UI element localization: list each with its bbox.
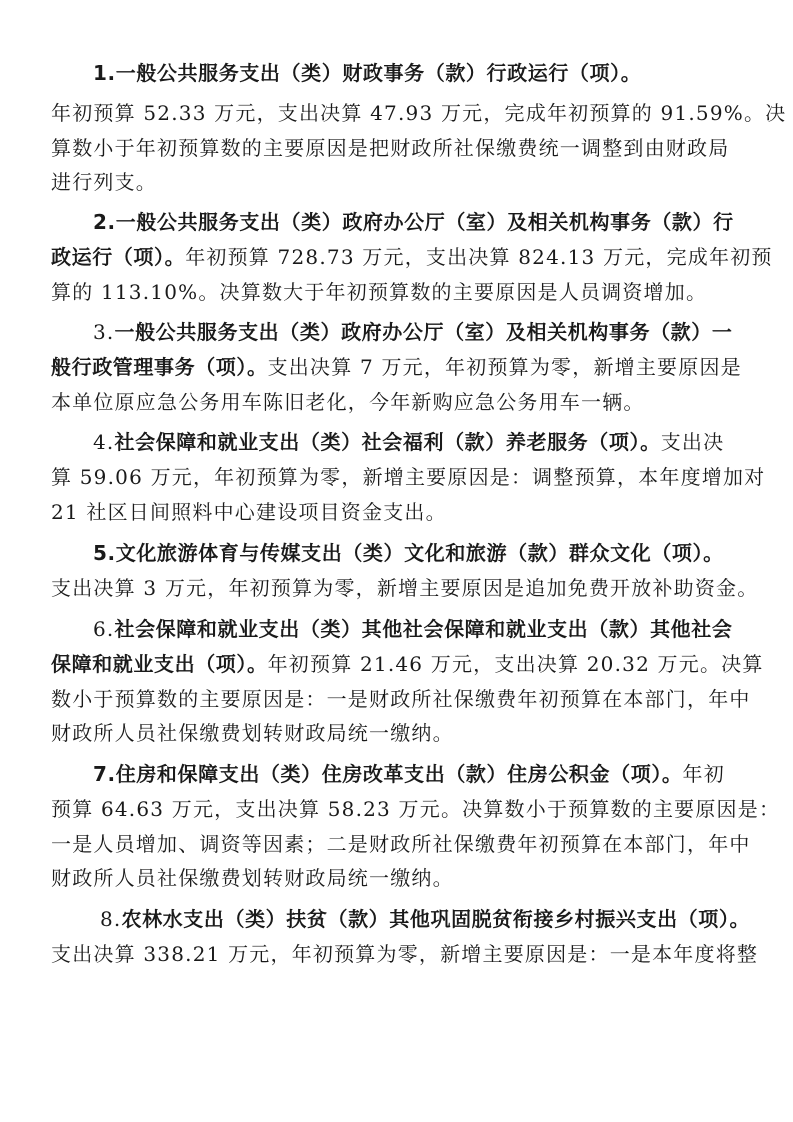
- paragraph-8-heading: 农林水支出（类）扶贫（款）其他巩固脱贫衔接乡村振兴支出（项）。: [121, 907, 750, 931]
- paragraph-5-line-2: 支出决算 3 万元，年初预算为零，新增主要原因是追加免费开放补助资金。: [51, 576, 758, 600]
- paragraph-7-text: 财政所人员社保缴费划转财政局统一缴纳。: [51, 866, 454, 890]
- paragraph-4-line-2: 算 59.06 万元，年初预算为零，新增主要原因是：调整预算，本年度增加对: [51, 465, 765, 489]
- paragraph-3-text: 支出决算 7 万元，年初预算为零，新增主要原因是: [268, 355, 742, 379]
- paragraph-2-text: 年初预算 728.73 万元，支出决算 824.13 万元，完成年初预: [185, 245, 772, 269]
- paragraph-1-line-4: 进行列支。: [51, 170, 157, 194]
- paragraph-2-line-2: 政运行（项）。年初预算 728.73 万元，支出决算 824.13 万元，完成年…: [51, 245, 773, 269]
- paragraph-4-heading: 社会保障和就业支出（类）社会福利（款）养老服务（项）。: [114, 430, 660, 454]
- paragraph-6-text: 财政所人员社保缴费划转财政局统一缴纳。: [51, 721, 454, 745]
- paragraph-4-number: 4.: [93, 430, 114, 454]
- paragraph-2-line-1: 2.一般公共服务支出（类）政府办公厅（室）及相关机构事务（款）行: [93, 210, 734, 234]
- paragraph-3-number: 3.: [93, 320, 114, 344]
- paragraph-4-text: 支出决: [661, 430, 725, 454]
- paragraph-7-line-1: 7.住房和保障支出（类）住房改革支出（款）住房公积金（项）。年初: [93, 762, 725, 786]
- paragraph-4-text: 21 社区日间照料中心建设项目资金支出。: [51, 500, 447, 524]
- paragraph-6-text: 年初预算 21.46 万元，支出决算 20.32 万元。决算: [268, 652, 764, 676]
- paragraph-6-heading: 社会保障和就业支出（类）其他社会保障和就业支出（款）其他社会: [114, 617, 732, 641]
- paragraph-2-heading: 2.一般公共服务支出（类）政府办公厅（室）及相关机构事务（款）行: [93, 210, 734, 234]
- paragraph-2-line-3: 算的 113.10%。决算数大于年初预算数的主要原因是人员调资增加。: [51, 280, 707, 304]
- paragraph-2-heading-cont: 政运行（项）。: [51, 245, 185, 269]
- paragraph-1-text: 算数小于年初预算数的主要原因是把财政所社保缴费统一调整到由财政局: [51, 136, 729, 160]
- paragraph-3-line-1: 3.一般公共服务支出（类）政府办公厅（室）及相关机构事务（款）一: [93, 320, 732, 344]
- paragraph-7-line-4: 财政所人员社保缴费划转财政局统一缴纳。: [51, 866, 454, 890]
- paragraph-1-heading-line: 1.一般公共服务支出（类）财政事务（款）行政运行（项）。: [93, 61, 641, 85]
- paragraph-6-line-1: 6.社会保障和就业支出（类）其他社会保障和就业支出（款）其他社会: [93, 617, 732, 641]
- paragraph-1-heading: 1.一般公共服务支出（类）财政事务（款）行政运行（项）。: [93, 61, 641, 85]
- paragraph-1-text: 年初预算 52.33 万元，支出决算 47.93 万元，完成年初预算的 91.5…: [51, 101, 786, 125]
- paragraph-8-text: 支出决算 338.21 万元，年初预算为零，新增主要原因是：一是本年度将整: [51, 942, 758, 966]
- paragraph-1-text: 进行列支。: [51, 170, 157, 194]
- paragraph-4-text: 算 59.06 万元，年初预算为零，新增主要原因是：调整预算，本年度增加对: [51, 465, 765, 489]
- paragraph-1-line-3: 算数小于年初预算数的主要原因是把财政所社保缴费统一调整到由财政局: [51, 136, 729, 160]
- paragraph-8-number: 8.: [100, 907, 121, 931]
- paragraph-5-heading: 5.文化旅游体育与传媒支出（类）文化和旅游（款）群众文化（项）。: [93, 541, 724, 565]
- paragraph-1-line-2: 年初预算 52.33 万元，支出决算 47.93 万元，完成年初预算的 91.5…: [51, 101, 786, 125]
- paragraph-3-text: 本单位原应急公务用车陈旧老化，今年新购应急公务用车一辆。: [51, 390, 645, 414]
- paragraph-8-line-2: 支出决算 338.21 万元，年初预算为零，新增主要原因是：一是本年度将整: [51, 942, 758, 966]
- paragraph-6-heading-cont: 保障和就业支出（项）。: [51, 652, 268, 676]
- paragraph-3-line-2: 般行政管理事务（项）。支出决算 7 万元，年初预算为零，新增主要原因是: [51, 355, 742, 379]
- paragraph-4-line-1: 4.社会保障和就业支出（类）社会福利（款）养老服务（项）。支出决: [93, 430, 724, 454]
- paragraph-7-heading: 7.住房和保障支出（类）住房改革支出（款）住房公积金（项）。: [93, 762, 683, 786]
- paragraph-6-number: 6.: [93, 617, 114, 641]
- paragraph-3-line-3: 本单位原应急公务用车陈旧老化，今年新购应急公务用车一辆。: [51, 390, 645, 414]
- paragraph-3-heading: 一般公共服务支出（类）政府办公厅（室）及相关机构事务（款）一: [114, 320, 732, 344]
- paragraph-6-line-2: 保障和就业支出（项）。年初预算 21.46 万元，支出决算 20.32 万元。决…: [51, 652, 764, 676]
- document-page: 1.一般公共服务支出（类）财政事务（款）行政运行（项）。 年初预算 52.33 …: [0, 0, 793, 1122]
- paragraph-4-line-3: 21 社区日间照料中心建设项目资金支出。: [51, 500, 447, 524]
- paragraph-5-line-1: 5.文化旅游体育与传媒支出（类）文化和旅游（款）群众文化（项）。: [93, 541, 724, 565]
- paragraph-7-line-2: 预算 64.63 万元，支出决算 58.23 万元。决算数小于预算数的主要原因是…: [51, 797, 780, 821]
- paragraph-7-line-3: 一是人员增加、调资等因素；二是财政所社保缴费年初预算在本部门，年中: [51, 832, 751, 856]
- paragraph-3-heading-cont: 般行政管理事务（项）。: [51, 355, 268, 379]
- paragraph-8-line-1: 8.农林水支出（类）扶贫（款）其他巩固脱贫衔接乡村振兴支出（项）。: [100, 907, 750, 931]
- paragraph-6-line-4: 财政所人员社保缴费划转财政局统一缴纳。: [51, 721, 454, 745]
- paragraph-7-text: 年初: [683, 762, 725, 786]
- paragraph-6-line-3: 数小于预算数的主要原因是：一是财政所社保缴费年初预算在本部门，年中: [51, 687, 751, 711]
- paragraph-2-text: 算的 113.10%。决算数大于年初预算数的主要原因是人员调资增加。: [51, 280, 707, 304]
- paragraph-6-text: 数小于预算数的主要原因是：一是财政所社保缴费年初预算在本部门，年中: [51, 687, 751, 711]
- paragraph-7-text: 预算 64.63 万元，支出决算 58.23 万元。决算数小于预算数的主要原因是…: [51, 797, 780, 821]
- paragraph-7-text: 一是人员增加、调资等因素；二是财政所社保缴费年初预算在本部门，年中: [51, 832, 751, 856]
- paragraph-5-text: 支出决算 3 万元，年初预算为零，新增主要原因是追加免费开放补助资金。: [51, 576, 758, 600]
